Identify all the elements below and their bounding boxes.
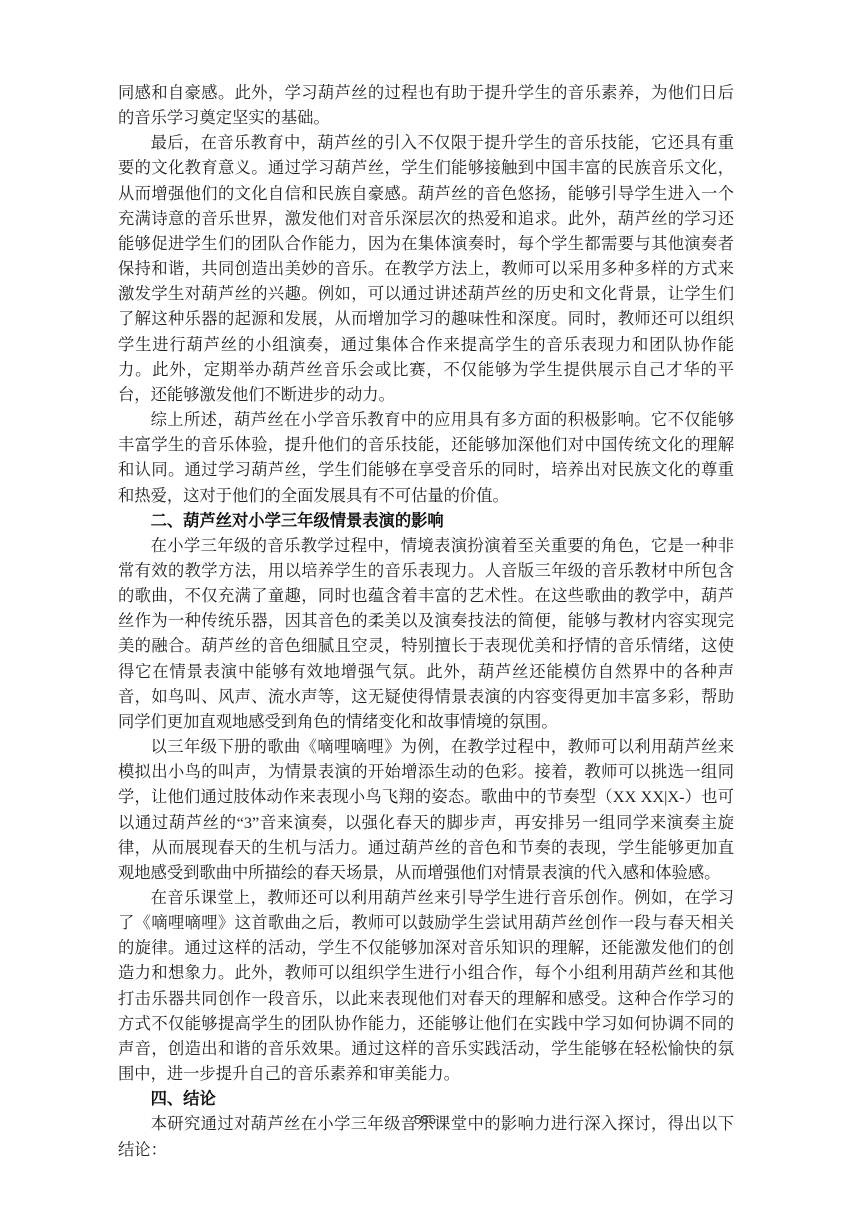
document-body: 同感和自豪感。此外，学习葫芦丝的过程也有助于提升学生的音乐素养，为他们日后的音乐… [118,80,734,1162]
body-paragraph: 最后，在音乐教育中，葫芦丝的引入不仅限于提升学生的音乐技能，它还具有重要的文化教… [118,130,734,407]
body-paragraph: 在小学三年级的音乐教学过程中，情境表演扮演着至关重要的角色，它是一种非常有效的教… [118,533,734,734]
document-page: 同感和自豪感。此外，学习葫芦丝的过程也有助于提升学生的音乐素养，为他们日后的音乐… [0,0,850,1205]
body-paragraph: 同感和自豪感。此外，学习葫芦丝的过程也有助于提升学生的音乐素养，为他们日后的音乐… [118,80,734,130]
page-number: 586 [0,1112,850,1127]
body-paragraph: 以三年级下册的歌曲《嘀哩嘀哩》为例，在教学过程中，教师可以利用葫芦丝来模拟出小鸟… [118,734,734,885]
body-paragraph: 在音乐课堂上，教师还可以利用葫芦丝来引导学生进行音乐创作。例如，在学习了《嘀哩嘀… [118,885,734,1086]
section-heading: 二、葫芦丝对小学三年级情景表演的影响 [118,508,734,533]
section-heading: 四、结论 [118,1086,734,1111]
body-paragraph: 综上所述，葫芦丝在小学音乐教育中的应用具有多方面的积极影响。它不仅能够丰富学生的… [118,407,734,508]
